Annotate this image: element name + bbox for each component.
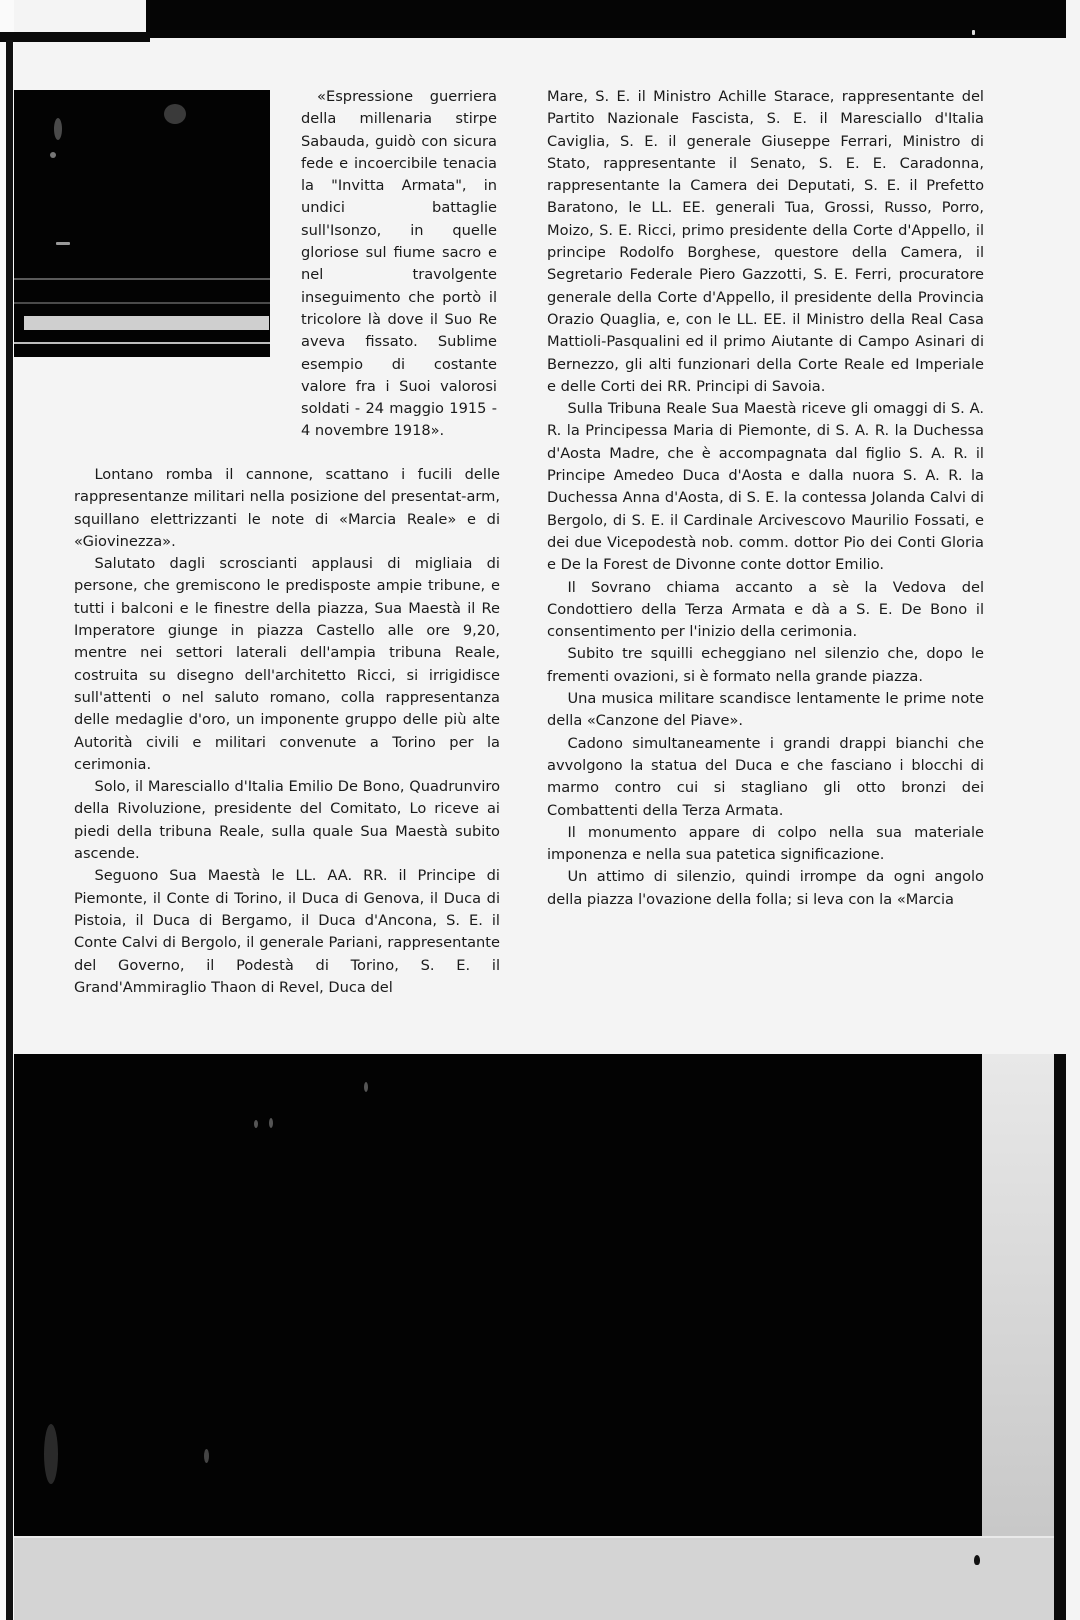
paragraph: Salutato dagli scroscianti applausi di m… [74, 553, 500, 776]
photo-stripe [14, 278, 270, 280]
paragraph: Il monumento appare di colpo nella sua m… [547, 822, 984, 867]
paragraph: Solo, il Maresciallo d'Italia Emilio De … [74, 776, 500, 865]
paragraph: Seguono Sua Maestà le LL. AA. RR. il Pri… [74, 865, 500, 999]
paragraph: Cadono simultaneamente i grandi drappi b… [547, 733, 984, 822]
photo-floor [14, 1536, 1054, 1620]
top-photo-strip [146, 0, 1066, 38]
paragraph: Sulla Tribuna Reale Sua Maestà riceve gl… [547, 398, 984, 576]
photo-highlight [204, 1449, 209, 1463]
paragraph: Un attimo di silenzio, quindi irrompe da… [547, 866, 984, 911]
photo-highlight [269, 1118, 273, 1128]
photo-highlight [56, 242, 70, 245]
top-border-bar [0, 32, 150, 42]
top-left-photograph [14, 90, 270, 357]
scan-blot [974, 1555, 980, 1565]
left-column: Lontano romba il cannone, scattano i fuc… [74, 464, 500, 999]
photo-right-edge [1054, 1054, 1066, 1620]
paragraph-continuation: Mare, S. E. il Ministro Achille Starace,… [547, 86, 984, 398]
scan-speck [972, 30, 975, 35]
photo-highlight [44, 1424, 58, 1484]
left-border-rule [6, 40, 13, 1620]
photo-stripe [14, 302, 270, 304]
photo-highlight [164, 104, 186, 124]
right-column: Mare, S. E. il Ministro Achille Starace,… [547, 86, 984, 911]
photo-highlight [54, 118, 62, 140]
paragraph: Lontano romba il cannone, scattano i fuc… [74, 464, 500, 553]
paragraph: Una musica militare scandisce lentamente… [547, 688, 984, 733]
dedication-quote: «Espressione guerriera della millenaria … [301, 86, 497, 443]
photo-highlight [50, 152, 56, 158]
photo-dark-area [14, 1054, 982, 1536]
floor-edge [14, 1536, 1054, 1538]
photo-highlight [364, 1082, 368, 1092]
photo-highlight [254, 1120, 258, 1128]
quote-text: «Espressione guerriera della millenaria … [301, 86, 497, 443]
paragraph: Il Sovrano chiama accanto a sè la Vedova… [547, 577, 984, 644]
photo-stripe [24, 316, 269, 330]
paragraph: Subito tre squilli echeggiano nel silenz… [547, 643, 984, 688]
photo-stripe [14, 342, 270, 344]
photo-wall [982, 1054, 1054, 1536]
bottom-photograph [14, 1054, 1066, 1620]
